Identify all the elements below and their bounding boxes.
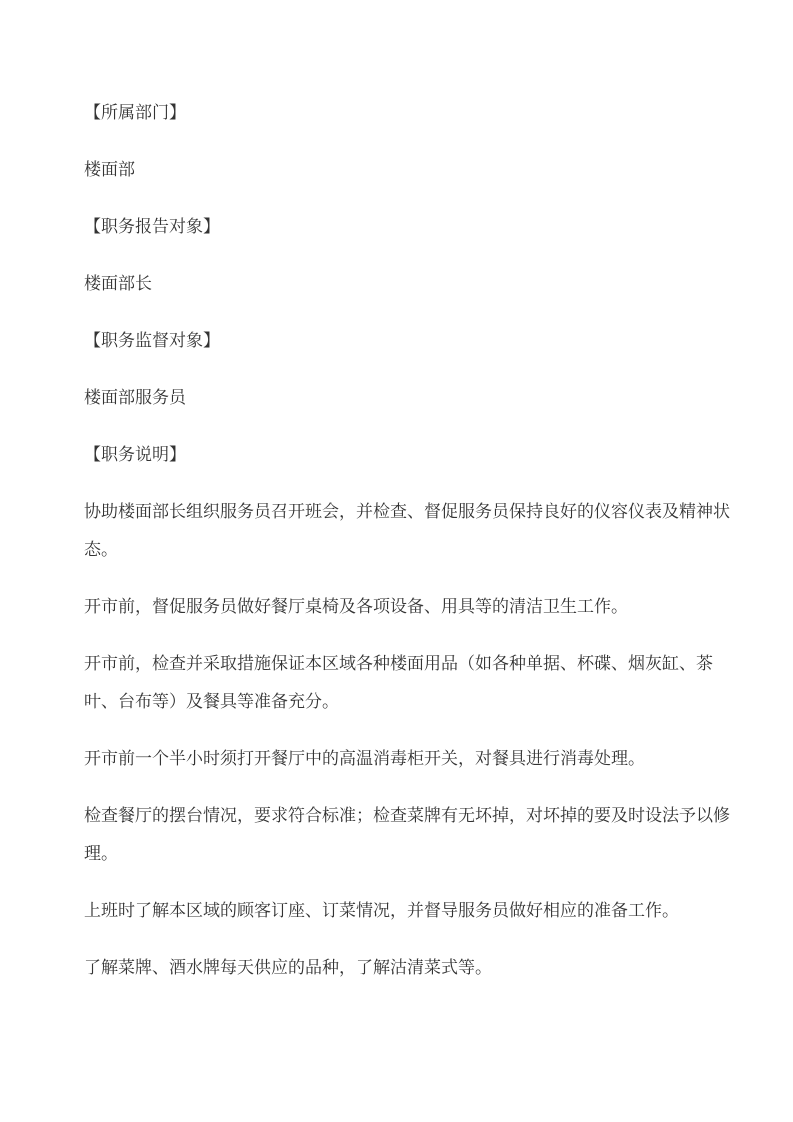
department-value: 楼面部 bbox=[84, 151, 734, 189]
report-to-value: 楼面部长 bbox=[84, 265, 734, 303]
job-duty-paragraph: 上班时了解本区域的顾客订座、订菜情况，并督导服务员做好相应的准备工作。 bbox=[84, 892, 734, 930]
section-heading-job-description: 【职务说明】 bbox=[84, 436, 734, 474]
job-duty-paragraph: 检查餐厅的摆台情况，要求符合标准；检查菜牌有无坏掉，对坏掉的要及时设法予以修理。 bbox=[84, 797, 734, 873]
section-heading-supervises: 【职务监督对象】 bbox=[84, 322, 734, 360]
supervises-value: 楼面部服务员 bbox=[84, 379, 734, 417]
job-duty-paragraph: 了解菜牌、酒水牌每天供应的品种，了解沽清菜式等。 bbox=[84, 949, 734, 987]
job-duty-paragraph: 开市前一个半小时须打开餐厅中的高温消毒柜开关，对餐具进行消毒处理。 bbox=[84, 740, 734, 778]
section-heading-department: 【所属部门】 bbox=[84, 94, 734, 132]
document-page: 【所属部门】 楼面部 【职务报告对象】 楼面部长 【职务监督对象】 楼面部服务员… bbox=[0, 0, 793, 1122]
job-duty-paragraph: 开市前，检查并采取措施保证本区域各种楼面用品（如各种单据、杯碟、烟灰缸、茶叶、台… bbox=[84, 645, 734, 721]
job-duty-paragraph: 协助楼面部长组织服务员召开班会，并检查、督促服务员保持良好的仪容仪表及精神状态。 bbox=[84, 493, 734, 569]
job-duty-paragraph: 开市前，督促服务员做好餐厅桌椅及各项设备、用具等的清洁卫生工作。 bbox=[84, 588, 734, 626]
section-heading-report-to: 【职务报告对象】 bbox=[84, 208, 734, 246]
